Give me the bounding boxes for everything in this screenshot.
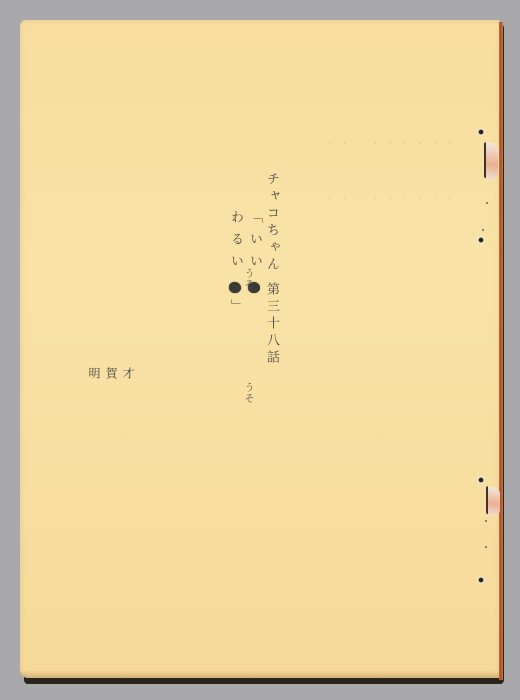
speck xyxy=(486,202,488,204)
binding-tab xyxy=(486,486,500,516)
series-episode-line: チャコちゃん 第三十八話 xyxy=(262,172,281,367)
punch-hole xyxy=(476,127,486,137)
author-char: 才 xyxy=(120,367,137,415)
binding-edge xyxy=(499,22,503,680)
binding-tab xyxy=(484,142,498,180)
handwritten-annotation: うそ xyxy=(240,268,255,290)
speck xyxy=(485,520,487,522)
speck xyxy=(482,229,484,231)
show-through-text: ・・・・・・・・・ xyxy=(325,190,460,205)
author-char: 明 xyxy=(86,367,103,447)
speck xyxy=(485,546,487,548)
title-part-2: わるい xyxy=(228,210,243,276)
title-part-1: 「いい xyxy=(247,210,262,276)
handwritten-annotation: うそ xyxy=(240,382,255,404)
author-name: 才 賀 明 xyxy=(86,367,137,447)
title-close: 」 xyxy=(228,299,243,321)
episode-title: 「いい わるい」 xyxy=(226,210,264,321)
author-char: 賀 xyxy=(103,367,120,383)
script-cover-page: ・・・・・・・・・ ・・・・・・・・・ xyxy=(20,20,500,678)
punch-hole xyxy=(476,475,486,485)
punch-hole xyxy=(476,575,486,585)
punch-hole xyxy=(476,235,486,245)
show-through-text: ・・・・・・・・・ xyxy=(325,135,460,150)
